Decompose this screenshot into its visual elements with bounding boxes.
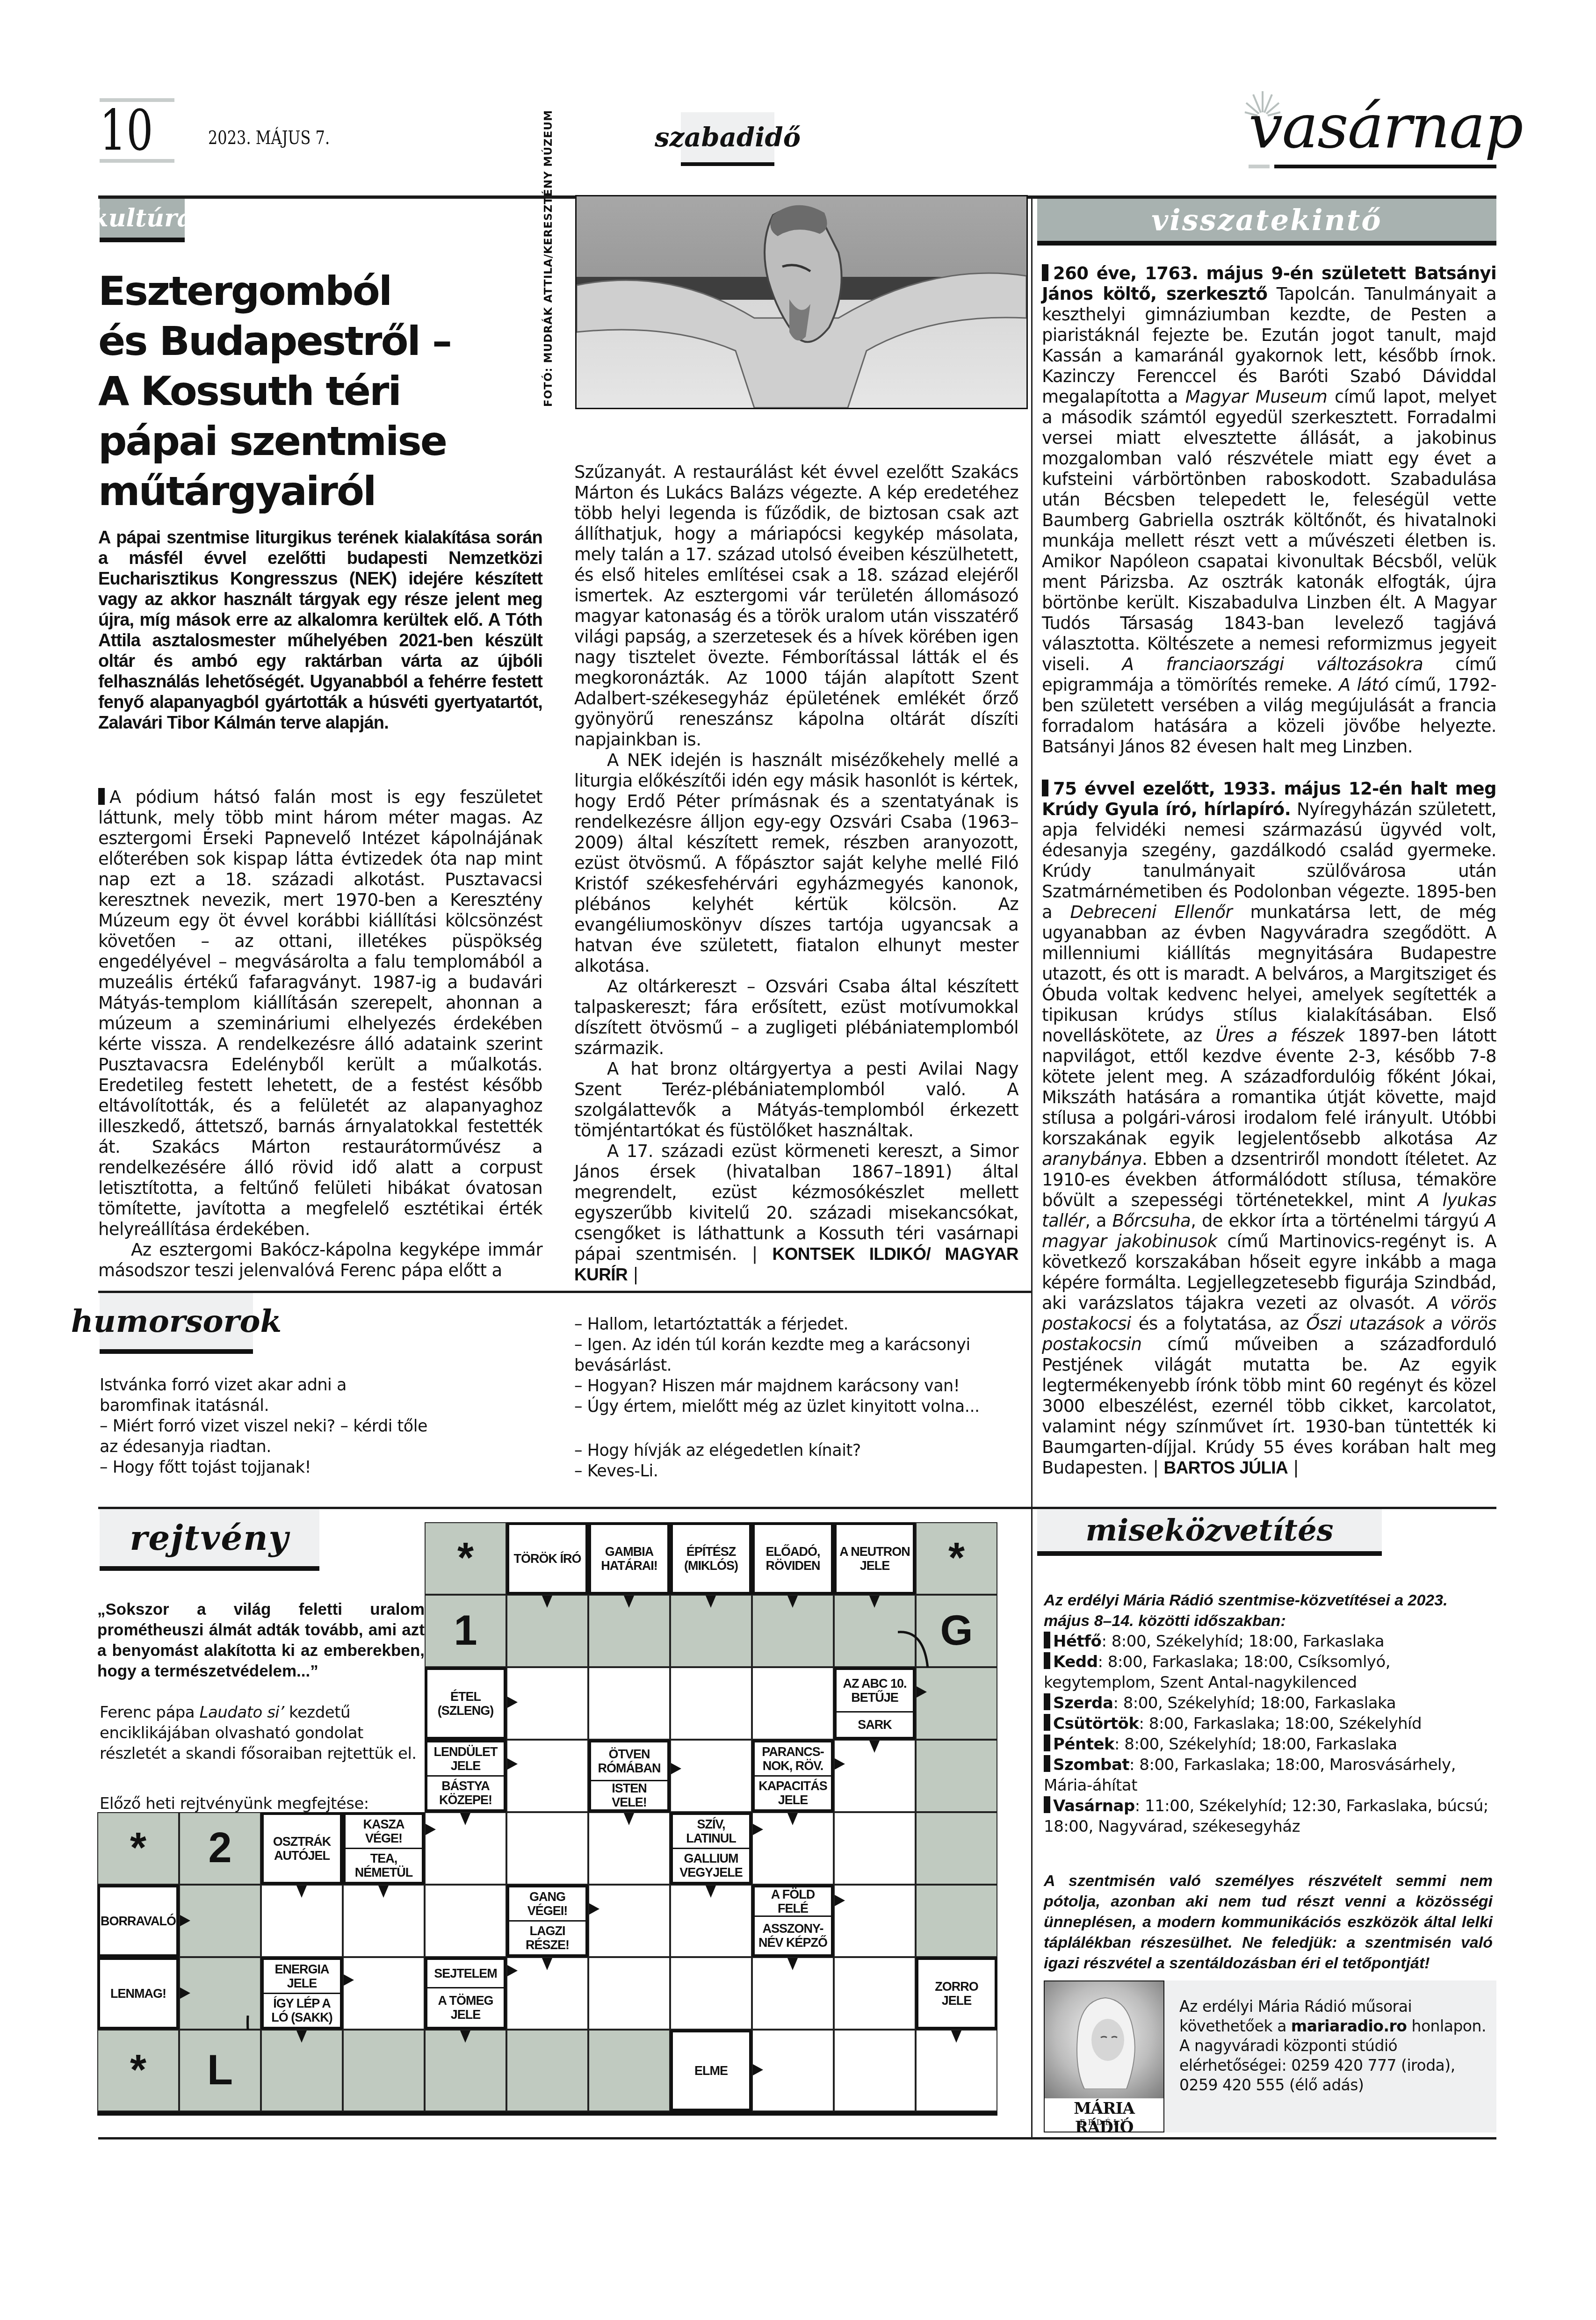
paragraph-marker — [1042, 780, 1048, 796]
arrow-down-icon — [460, 2031, 470, 2043]
joke-1: Istvánka forró vizet akar adni a baromfi… — [100, 1375, 436, 1478]
schedule-item: Szerda: 8:00, Székelyhíd; 18:00, Farkasl… — [1044, 1693, 1496, 1713]
crossword-clue: AZ ABC 10. BETŰJESARK — [834, 1667, 916, 1740]
schedule-item: Vasárnap: 11:00, Székelyhíd; 12:30, Fark… — [1044, 1796, 1496, 1837]
logo-text: MÁRIA RÁDIÓ — [1045, 2099, 1163, 2132]
crossword-cell[interactable] — [670, 1667, 752, 1740]
masthead-title: vasárnap — [1249, 94, 1523, 159]
crossword-cell[interactable] — [752, 1812, 834, 1885]
crossword-clue: GAMBIA HATÁRAI! — [588, 1522, 670, 1595]
kultura-kicker: kultúra — [100, 199, 185, 242]
crossword-cell[interactable] — [506, 1957, 588, 2030]
arrow-down-icon — [869, 1741, 880, 1753]
crossword-clue: BORRAVALÓ — [97, 1885, 179, 1957]
joke-line: – Hogy hívják az elégedetlen kínait? — [574, 1440, 1023, 1461]
masthead-rule — [1274, 165, 1496, 168]
page-number-bottom-bar — [100, 159, 174, 163]
crossword-clue: SZÍV, LATINULGALLIUM VEGYJELE — [670, 1812, 752, 1885]
arrow-right-icon — [426, 1824, 436, 1835]
joke-3: – Hogy hívják az elégedetlen kínait? – K… — [574, 1440, 1023, 1482]
arrow-down-icon — [787, 1596, 798, 1608]
crossword-cell[interactable] — [343, 1957, 425, 2030]
crossword-cell[interactable]: * — [97, 2030, 179, 2111]
crossword-cell[interactable] — [752, 1667, 834, 1740]
humor-kicker: humorsorok — [100, 1293, 253, 1354]
crossword-cell[interactable] — [834, 1740, 916, 1812]
radio-info-box: MÁRIA RÁDIÓ ERDÉLY Az erdélyi Mária Rádi… — [1044, 1980, 1496, 2132]
maria-radio-logo: MÁRIA RÁDIÓ ERDÉLY — [1044, 1980, 1164, 2132]
crossword-cell[interactable] — [506, 1812, 588, 1885]
headline-line: A Kossuth téri — [98, 367, 542, 417]
crossword-cell[interactable]: 1 — [425, 1595, 506, 1667]
crossword-cell[interactable] — [670, 1740, 752, 1812]
article-column-1: A pódium hátsó falán most is egy feszüle… — [98, 787, 542, 1281]
joke-line: – Igen. Az idén túl korán kezdte meg a k… — [574, 1335, 1023, 1376]
crucifix-image — [577, 196, 1026, 408]
crossword-clue: GANG VÉGEI!LAGZI RÉSZE! — [506, 1885, 588, 1957]
crossword-cell[interactable] — [506, 1595, 588, 1667]
crossword-clue: ELŐADÓ, RÖVIDEN — [752, 1522, 834, 1595]
arrow-right-icon — [507, 1965, 518, 1976]
crossword-clue: ÉTEL (SZLENG) — [425, 1667, 506, 1740]
crossword-cell[interactable] — [425, 2030, 506, 2111]
crossword-cell[interactable] — [588, 1957, 670, 2030]
crossword-cell[interactable] — [179, 1957, 261, 2030]
arrow-down-icon — [460, 1813, 470, 1825]
grid-bottom-border — [97, 2111, 997, 2116]
curved-arrow-icon — [898, 1627, 945, 1684]
previous-solution: Előző heti rejtvényünk megfejtése: „...f… — [100, 1793, 422, 1835]
crossword-cell: * — [916, 1522, 997, 1595]
arrow-right-icon — [344, 1974, 354, 1986]
arrow-right-icon — [835, 1758, 845, 1770]
schedule-item: Csütörtök: 8:00, Farkaslaka; 18:00, Szék… — [1044, 1713, 1496, 1734]
paragraph-marker — [1044, 1796, 1050, 1813]
paragraph: Szűzanyát. A restaurálást két évvel ezel… — [574, 462, 1018, 750]
crossword-clue: ENERGIA JELEÍGY LÉP A LÓ (SAKK) — [261, 1957, 343, 2030]
page-number: 10 — [100, 103, 153, 159]
crossword-cell[interactable] — [261, 1885, 343, 1957]
crossword-clue: A FÖLD FELÉASSZONY-NÉV KÉPZŐ — [752, 1885, 834, 1957]
arrow-down-icon — [624, 1596, 634, 1608]
crossword-cell[interactable] — [343, 1885, 425, 1957]
joke-line: – Miért forró vizet viszel neki? – kérdi… — [100, 1416, 436, 1457]
crossword-cell[interactable] — [752, 1595, 834, 1667]
joke-2: – Hallom, letartóztatták a férjedet. – I… — [574, 1314, 1023, 1417]
paragraph-marker — [1044, 1755, 1050, 1772]
crossword-cell[interactable] — [261, 2030, 343, 2111]
crossword-cell[interactable]: G — [916, 1595, 997, 1667]
arrow-right-icon — [180, 1915, 190, 1926]
joke-line: – Hallom, letartóztatták a férjedet. — [574, 1314, 1023, 1335]
mise-note: A szentmisén való személyes részvételt s… — [1044, 1871, 1493, 1973]
paragraph-marker — [98, 788, 105, 805]
crossword-cell[interactable] — [834, 1812, 916, 1885]
headline-line: műtárgyairól — [98, 467, 542, 517]
contact-info: A nagyváradi központi stúdió elérhetőség… — [1179, 2036, 1488, 2095]
visszatekinto-body: 260 éve, 1763. május 9-én született Bats… — [1042, 263, 1496, 1478]
section-label-box: szabadidő — [681, 112, 774, 166]
photo-credit: FOTÓ: MUDRÁK ATTILA/KERESZTÉNY MÚZEUM — [542, 192, 556, 407]
paragraph: A hat bronz oltárgyertya a pesti Avilai … — [574, 1059, 1018, 1141]
mise-schedule: Hétfő: 8:00, Székelyhíd; 18:00, Farkasla… — [1044, 1631, 1496, 1837]
arrow-down-icon — [787, 1813, 798, 1825]
crossword-clue: SEJTELEMA TÖMEG JELE — [425, 1957, 506, 2030]
article-column-2: Szűzanyát. A restaurálást két évvel ezel… — [574, 462, 1018, 1285]
crossword-clue: ZORRO JELE — [916, 1957, 997, 2030]
crossword-cell[interactable] — [834, 1885, 916, 1957]
paragraph-marker — [1044, 1652, 1050, 1669]
crossword-cell[interactable] — [752, 1957, 834, 2030]
arrow-right-icon — [671, 1763, 681, 1774]
joke-line: – Úgy értem, mielőtt még az üzlet kinyit… — [574, 1396, 1023, 1417]
schedule-item: Péntek: 8:00, Székelyhíd; 18:00, Farkasl… — [1044, 1734, 1496, 1755]
crossword-cell[interactable] — [670, 1595, 752, 1667]
arrow-right-icon — [507, 1758, 518, 1770]
radio-info-text: Az erdélyi Mária Rádió műsorai követhető… — [1179, 1997, 1488, 2095]
madonna-icon — [1070, 1995, 1141, 2089]
arrow-right-icon — [753, 1824, 763, 1835]
crossword-cell[interactable] — [916, 1885, 997, 1957]
crossword-cell[interactable] — [834, 1957, 916, 2030]
arrow-down-icon — [706, 1596, 716, 1608]
crossword-cell[interactable] — [506, 2030, 588, 2111]
crossword-clue: PARANCS-NOK, RÖV.KAPACITÁS JELE — [752, 1740, 834, 1812]
schedule-item: Szombat: 8:00, Farkaslaka; 18:00, Marosv… — [1044, 1755, 1496, 1796]
joke-line: – Hogyan? Hiszen már majdnem karácsony v… — [574, 1376, 1023, 1396]
arrow-right-icon — [589, 1903, 599, 1915]
logo-subtext: ERDÉLY — [1045, 2118, 1163, 2127]
crossword-clue: TÖRÖK ÍRÓ — [506, 1522, 588, 1595]
crossword-cell: * — [425, 1522, 506, 1595]
section-label: szabadidő — [655, 122, 801, 153]
bottom-rule — [98, 2137, 1496, 2139]
mise-intro: Az erdélyi Mária Rádió szentmise-közvetí… — [1044, 1590, 1493, 1631]
arrow-down-icon — [706, 1886, 716, 1898]
arrow-down-icon — [378, 1886, 389, 1898]
headline-line: pápai szentmise — [98, 417, 542, 467]
headline-line: Esztergomból — [98, 267, 542, 317]
crossword-cell[interactable] — [425, 1885, 506, 1957]
paragraph: Az esztergomi Bakócz-kápolna kegyképe im… — [98, 1240, 542, 1281]
arrow-right-icon — [507, 1697, 518, 1708]
arrow-down-icon — [787, 1958, 798, 1970]
crossword-cell[interactable] — [588, 1885, 670, 1957]
crossword-cell[interactable] — [752, 2030, 834, 2111]
arrow-down-icon — [542, 1958, 552, 1970]
article-headline: Esztergomból és Budapestről – A Kossuth … — [98, 267, 542, 517]
crossword-cell[interactable] — [834, 2030, 916, 2111]
masthead-rule-gray — [1249, 165, 1270, 168]
paragraph-marker — [1044, 1693, 1050, 1710]
paragraph: A 17. századi ezüst körmeneti kereszt, a… — [574, 1141, 1018, 1285]
curved-arrow-icon — [246, 2016, 283, 2072]
issue-date: 2023. MÁJUS 7. — [208, 127, 330, 149]
crossword-cell[interactable] — [588, 2030, 670, 2111]
crossword-cell[interactable] — [916, 1740, 997, 1812]
crossword-cell[interactable] — [916, 1667, 997, 1740]
joke-line: Istvánka forró vizet akar adni a baromfi… — [100, 1375, 436, 1416]
crossword-cell[interactable] — [916, 2030, 997, 2111]
arrow-right-icon — [180, 1988, 190, 1999]
rejtveny-kicker: rejtvény — [100, 1509, 319, 1571]
masthead-logo: vasárnap — [1244, 89, 1499, 168]
previous-solution-answer: „...felfogása terjedt el.” — [100, 1815, 267, 1833]
visszatekinto-kicker: visszatekintő — [1037, 199, 1496, 246]
anniversary-item: 260 éve, 1763. május 9-én született Bats… — [1042, 263, 1496, 757]
crossword-cell[interactable] — [506, 1667, 588, 1740]
joke-line: – Hogy főtt tojást tojjanak! — [100, 1457, 436, 1478]
arrow-down-icon — [624, 1813, 634, 1825]
crossword-clue: ÉPÍTÉSZ (MIKLÓS) — [670, 1522, 752, 1595]
page-header: 10 2023. MÁJUS 7. szabadidő vasárnap — [0, 0, 1596, 201]
crossword-cell[interactable] — [588, 1595, 670, 1667]
puzzle-intro: Ferenc pápa Laudato si’ kezdetű enciklik… — [100, 1702, 422, 1764]
schedule-item: Kedd: 8:00, Farkaslaka; 18:00, Csíksomly… — [1044, 1652, 1496, 1693]
crossword-cell[interactable]: L — [179, 2030, 261, 2111]
crossword-cell[interactable] — [588, 1667, 670, 1740]
paragraph-marker — [1042, 264, 1048, 281]
paragraph: A pódium hátsó falán most is egy feszüle… — [98, 787, 542, 1240]
website-link[interactable]: mariaradio.ro — [1291, 2017, 1407, 2035]
article-lead: A pápai szentmise liturgikus terének kia… — [98, 528, 542, 733]
paragraph: Az oltárkereszt – Ozsvári Csaba által ké… — [574, 976, 1018, 1059]
arrow-right-icon — [753, 2064, 763, 2075]
crossword-cell[interactable] — [179, 1885, 261, 1957]
crossword-cell[interactable] — [343, 2030, 425, 2111]
crossword-cell[interactable] — [588, 1812, 670, 1885]
paragraph-marker — [1044, 1632, 1050, 1648]
paragraph-marker — [1044, 1714, 1050, 1731]
crossword-cell[interactable] — [425, 1812, 506, 1885]
arrow-down-icon — [296, 1886, 307, 1898]
crossword-clue: LENMAG! — [97, 1957, 179, 2030]
paragraph-marker — [1044, 1735, 1050, 1751]
arrow-down-icon — [296, 2031, 307, 2043]
crossword-cell[interactable] — [834, 1595, 916, 1667]
arrow-right-icon — [835, 1895, 845, 1906]
arrow-down-icon — [542, 1596, 552, 1608]
arrow-right-icon — [917, 1686, 927, 1698]
crossword-cell[interactable] — [506, 1740, 588, 1812]
arrow-down-icon — [869, 1596, 880, 1608]
byline: BARTOS JÚLIA — [1164, 1458, 1288, 1477]
crossword-clue: LENDÜLET JELEBÁSTYA KÖZEPE! — [425, 1740, 506, 1812]
column-divider — [1031, 199, 1033, 1508]
puzzle-quote: „Sokszor a világ feletti uralom prométhe… — [97, 1599, 425, 1682]
anniversary-item: 75 évvel ezelőtt, 1933. május 12-én halt… — [1042, 779, 1496, 1478]
crossword-cell[interactable] — [916, 1812, 997, 1885]
crossword-cell[interactable] — [670, 1885, 752, 1957]
joke-line: – Keves-Li. — [574, 1461, 1023, 1482]
crossword-clue: ELME — [670, 2030, 752, 2111]
crossword-clue: ÖTVEN RÓMÁBANISTEN VELE! — [588, 1740, 670, 1812]
crucifix-photo — [575, 195, 1028, 409]
crossword-cell[interactable] — [670, 1957, 752, 2030]
arrow-down-icon — [951, 2031, 961, 2043]
schedule-item: Hétfő: 8:00, Székelyhíd; 18:00, Farkasla… — [1044, 1631, 1496, 1652]
crossword-clue: A NEUTRON JELE — [834, 1522, 916, 1595]
mise-divider — [1031, 1509, 1033, 2138]
headline-line: és Budapestről – — [98, 317, 542, 367]
mise-kicker: miseközvetítés — [1037, 1509, 1382, 1556]
paragraph: A NEK idején is használt misézőkehely me… — [574, 750, 1018, 976]
